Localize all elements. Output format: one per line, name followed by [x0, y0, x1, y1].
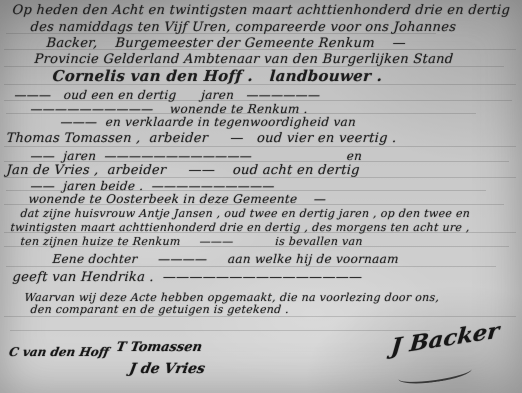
deed-line-closing2: den comparant en de getuigen is getekend… — [30, 303, 290, 316]
deed-line-province: Provincie Gelderland Ambtenaar van den B… — [34, 52, 454, 67]
deed-line-witness1: Thomas Tomassen , arbeider — oud vier en… — [6, 131, 397, 146]
deed-line-declarant-name: Cornelis van den Hoff . landbouwer . — [52, 67, 383, 85]
signature-witness2: J de Vries — [128, 361, 206, 377]
ruled-line — [10, 330, 430, 331]
deed-line-child-name: geeft van Hendrika . ——————————————— — [12, 270, 363, 285]
signature-declarant: C van den Hoff — [8, 345, 110, 359]
deed-line-time-official: des namiddags ten Vijf Uren, compareerde… — [30, 20, 457, 35]
ruled-line — [4, 146, 516, 147]
deed-line-date-opening: Op heden den Acht en twintigsten maart a… — [12, 3, 511, 18]
ruled-line — [4, 316, 516, 317]
deed-line-mother: dat zijne huisvrouw Antje Jansen , oud t… — [20, 207, 471, 220]
deed-line-birthdate: twintigsten maart achttienhonderd drie e… — [10, 221, 470, 234]
signature-registrar: J Backer — [390, 318, 500, 360]
ruled-line — [6, 266, 496, 267]
deed-line-birthplace: ten zijnen huize te Renkum ——— is bevall… — [20, 235, 363, 248]
deed-line-mayor: Backer, Burgemeester der Gemeente Renkum… — [46, 36, 406, 51]
signature-flourish — [397, 361, 473, 387]
deed-line-witness2: Jan de Vries , arbeider —— oud acht en d… — [6, 163, 360, 178]
deed-line-declarant-age: ——— oud een en dertig jaren —————— — [14, 88, 321, 102]
signature-witness1: T Tomassen — [115, 340, 203, 355]
deed-line-witness1-cont: —— jaren ———————————— en — [30, 149, 363, 163]
deed-line-witness-intro: ——— en verklaarde in tegenwoordigheid va… — [60, 115, 357, 129]
deed-line-witness-residence: wonende te Oosterbeek in deze Gemeente — — [28, 192, 327, 206]
deed-line-child-sex: Eene dochter ———— aan welke hij de voorn… — [52, 252, 399, 266]
scanned-deed-page: Op heden den Acht en twintigsten maart a… — [0, 0, 522, 393]
deed-line-residence: —————————— wonende te Renkum . — [30, 102, 308, 116]
deed-line-witness2-cont: —— jaren beide . —————————— — [30, 179, 275, 193]
